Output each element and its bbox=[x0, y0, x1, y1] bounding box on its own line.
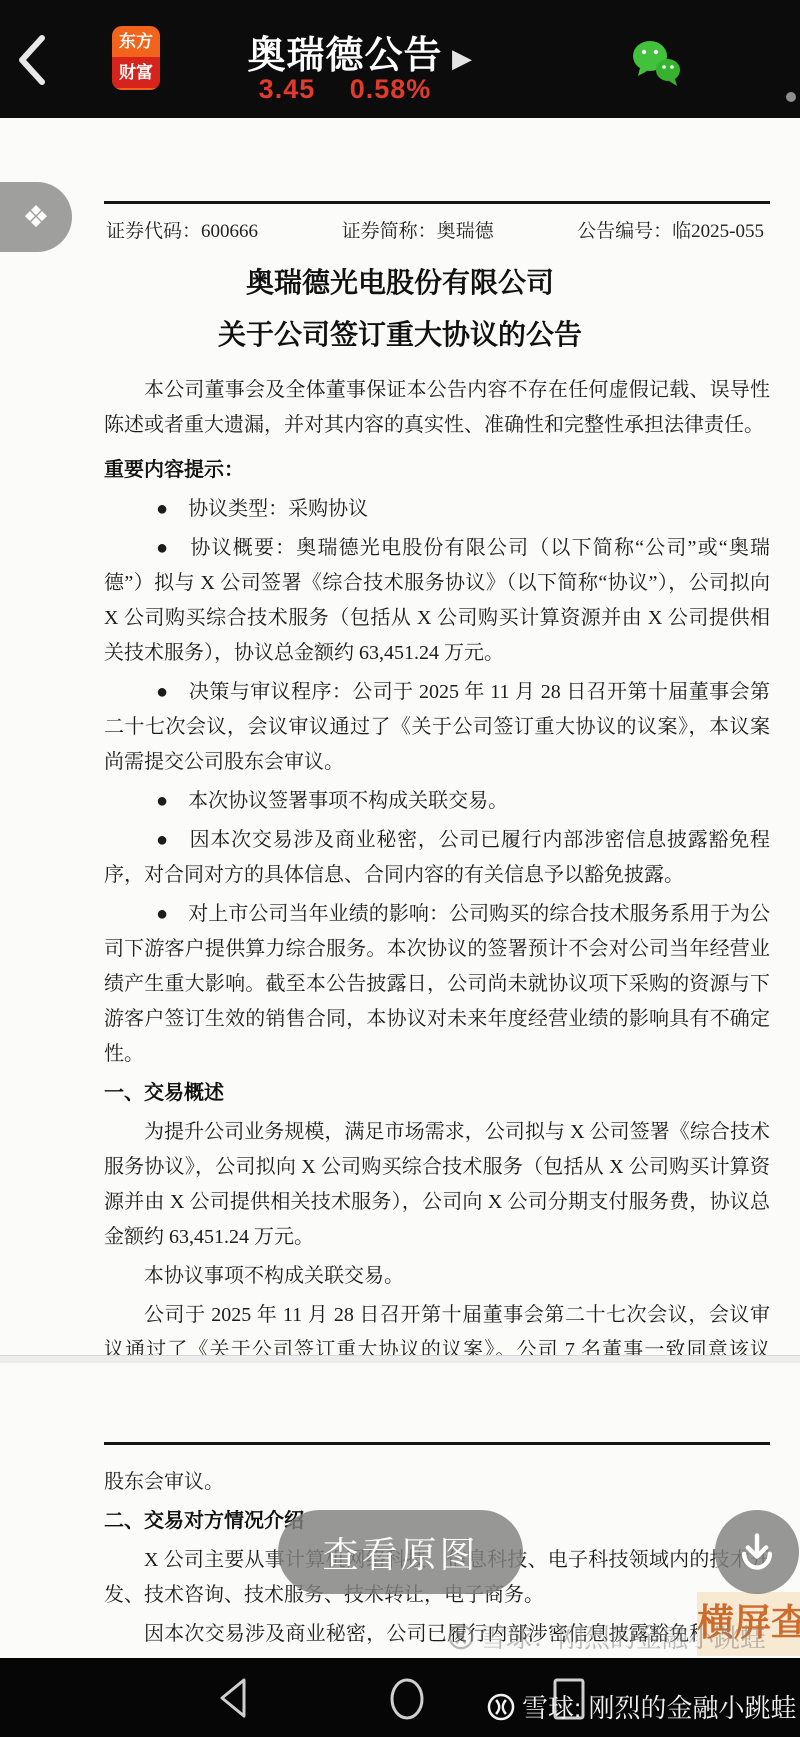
watermark-text: 雪球：刚烈的金融小跳蛙 bbox=[480, 1618, 766, 1655]
logo-text-top: 东方 bbox=[112, 26, 160, 57]
stock-code: 证券代码：600666 bbox=[106, 216, 258, 243]
watermark-text: 雪球: 刚烈的金融小跳蛙 bbox=[522, 1688, 796, 1725]
section1-paragraph: 本协议事项不构成关联交易。 bbox=[104, 1259, 770, 1294]
continuation-line: 股东会审议。 bbox=[104, 1465, 770, 1500]
back-chevron-icon bbox=[14, 34, 50, 86]
stock-quote: 3.45 0.58% bbox=[200, 74, 490, 105]
download-button[interactable] bbox=[715, 1510, 799, 1594]
section1-paragraph: 为提升公司业务规模，满足市场需求，公司拟与 X 公司签署《综合技术服务协议》，公… bbox=[104, 1115, 770, 1255]
section1-heading: 一、交易概述 bbox=[104, 1076, 770, 1111]
announcement-title: 关于公司签订重大协议的公告 bbox=[0, 313, 800, 353]
view-original-image-button[interactable]: 查看原图 bbox=[278, 1510, 523, 1594]
bullet-item: ● 因本次交易涉及商业秘密，公司已履行内部涉密信息披露豁免程序，对合同对方的具体… bbox=[104, 823, 770, 893]
logo-text-bottom: 财富 bbox=[112, 57, 160, 88]
nav-home-button[interactable] bbox=[386, 1676, 428, 1727]
bullet-item: ● 本次协议签署事项不构成关联交易。 bbox=[104, 784, 770, 819]
xueqiu-logo-icon bbox=[487, 1693, 515, 1721]
xueqiu-logo-icon bbox=[448, 1624, 474, 1650]
back-button[interactable] bbox=[14, 34, 50, 86]
diamond-icon: ❖ bbox=[23, 200, 50, 235]
board-declaration: 本公司董事会及全体董事保证本公告内容不存在任何虚假记载、误导性陈述或者重大遗漏，… bbox=[104, 373, 770, 443]
page-title: 奥瑞德公告 bbox=[200, 24, 490, 79]
eastmoney-logo[interactable]: 东方 财富 bbox=[112, 26, 160, 90]
announcement-number: 公告编号：临2025-055 bbox=[577, 216, 764, 243]
document-top-rule bbox=[104, 1442, 770, 1445]
bullet-item: ● 对上市公司当年业绩的影响：公司购买的综合技术服务系用于为公司下游客户提供算力… bbox=[104, 897, 770, 1072]
stock-short-name: 证券简称：奥瑞德 bbox=[342, 216, 494, 243]
stock-price: 3.45 bbox=[259, 74, 316, 104]
download-icon bbox=[735, 1530, 779, 1574]
nav-back-triangle-icon bbox=[214, 1676, 254, 1720]
hint-heading: 重要内容提示： bbox=[104, 453, 770, 488]
floating-widget-tab[interactable]: ❖ bbox=[0, 182, 72, 252]
section1-paragraph: 公司于 2025 年 11 月 28 日召开第十届董事会第二十七次会议，会议审议… bbox=[104, 1298, 770, 1355]
document-top-rule bbox=[104, 201, 770, 204]
play-icon[interactable]: ▶ bbox=[452, 44, 472, 74]
wechat-share-button[interactable] bbox=[626, 34, 684, 90]
bullet-item: ● 协议类型：采购协议 bbox=[104, 492, 770, 527]
watermark-middle: 雪球：刚烈的金融小跳蛙 bbox=[448, 1618, 766, 1655]
document-body: 本公司董事会及全体董事保证本公告内容不存在任何虚假记载、误导性陈述或者重大遗漏，… bbox=[104, 373, 770, 1355]
watermark-bottom: 雪球: 刚烈的金融小跳蛙 bbox=[487, 1688, 796, 1725]
nav-back-button[interactable] bbox=[214, 1676, 254, 1725]
bullet-item: ● 决策与审议程序：公司于 2025 年 11 月 28 日召开第十届董事会第二… bbox=[104, 675, 770, 780]
company-name-title: 奥瑞德光电股份有限公司 bbox=[0, 261, 800, 301]
app-header-bar: 东方 财富 奥瑞德公告 ▶ 3.45 0.58% bbox=[0, 0, 800, 118]
stock-change: 0.58% bbox=[350, 74, 432, 104]
nav-home-circle-icon bbox=[386, 1676, 428, 1722]
wechat-icon bbox=[626, 34, 684, 90]
screen: 东方 财富 奥瑞德公告 ▶ 3.45 0.58% ❖ bbox=[0, 0, 800, 1737]
bullet-item: ● 协议概要：奥瑞德光电股份有限公司（以下简称“公司”或“奥瑞德”）拟与 X 公… bbox=[104, 531, 770, 671]
document-header-row: 证券代码：600666 证券简称：奥瑞德 公告编号：临2025-055 bbox=[106, 216, 764, 243]
announcement-page-1: 证券代码：600666 证券简称：奥瑞德 公告编号：临2025-055 奥瑞德光… bbox=[0, 118, 800, 1355]
edge-dot-icon bbox=[786, 92, 796, 102]
